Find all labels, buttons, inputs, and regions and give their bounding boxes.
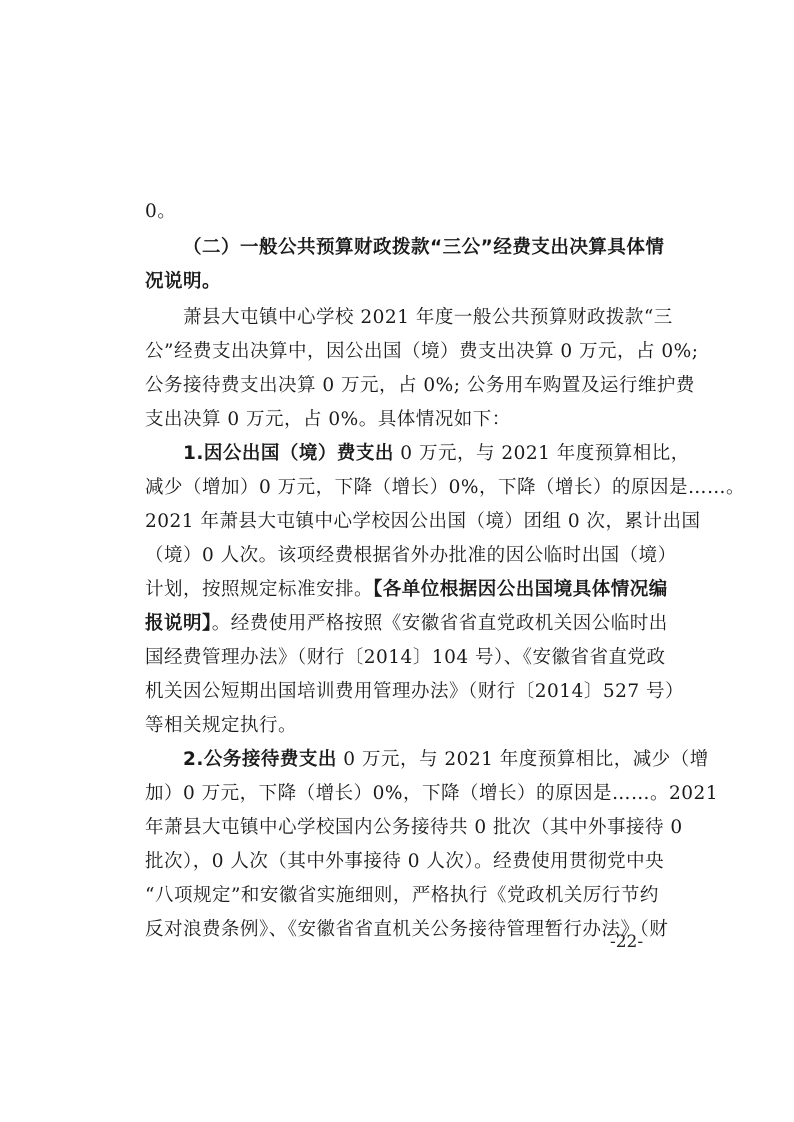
body-text: （境）0 人次。该项经费根据省外办批准的因公临时出国（境） — [145, 545, 677, 566]
body-text: 加）0 万元，下降（增长）0%，下降（增长）的原因是……。2021 — [145, 783, 718, 804]
bold-text: 2.公务接待费支出 — [183, 749, 337, 770]
text-line: 萧县大屯镇中心学校 2021 年度一般公共预算财政拨款“三 — [183, 306, 653, 330]
bold-text: 报说明】 — [145, 613, 212, 634]
text-line: 报说明】。经费使用严格按照《安徽省省直党政机关因公临时出 — [145, 612, 653, 636]
text-line: “八项规定”和安徽省实施细则，严格执行《党政机关厉行节约 — [145, 884, 653, 908]
body-text: 支出决算 0 万元，占 0%。具体情况如下： — [145, 409, 511, 430]
body-text: 反对浪费条例》、《安徽省省直机关公务接待管理暂行办法》（财 — [145, 919, 668, 940]
body-text: “八项规定”和安徽省实施细则，严格执行《党政机关厉行节约 — [145, 885, 659, 906]
text-line: 计划，按照规定标准安排。【各单位根据因公出国境具体情况编 — [145, 578, 653, 602]
bold-text: （二）一般公共预算财政拨款“三公”经费支出决算具体情 — [183, 237, 664, 258]
text-line: 2.公务接待费支出 0 万元，与 2021 年度预算相比，减少（增 — [183, 748, 653, 772]
body-text: 萧县大屯镇中心学校 2021 年度一般公共预算财政拨款“三 — [183, 307, 673, 328]
bold-text: 【各单位根据因公出国境具体情况编 — [373, 579, 668, 600]
bold-text: 况说明。 — [145, 271, 221, 292]
text-line: 加）0 万元，下降（增长）0%，下降（增长）的原因是……。2021 — [145, 782, 653, 806]
text-line: 公”经费支出决算中，因公出国（境）费支出决算 0 万元，占 0%; — [145, 340, 653, 364]
body-text: 国经费管理办法》（财行〔2014〕104 号）、《安徽省省直党政 — [145, 647, 666, 668]
body-text: 机关因公短期出国培训费用管理办法》（财行〔2014〕527 号） — [145, 681, 684, 702]
body-text: 减少（增加）0 万元，下降（增长）0%，下降（增长）的原因是……。 — [145, 477, 745, 498]
body-text: 计划，按照规定标准安排。 — [145, 579, 373, 600]
body-text: 0 万元，与 2021 年度预算相比， — [394, 443, 690, 464]
text-line: 等相关规定执行。 — [145, 714, 653, 738]
text-line: 批次），0 人次（其中外事接待 0 人次）。经费使用贯彻党中央 — [145, 850, 653, 874]
text-line: 反对浪费条例》、《安徽省省直机关公务接待管理暂行办法》（财 — [145, 918, 653, 942]
text-line: 0。 — [145, 200, 653, 224]
body-text: 批次），0 人次（其中外事接待 0 人次）。经费使用贯彻党中央 — [145, 851, 664, 872]
body-text: 2021 年萧县大屯镇中心学校因公出国（境）团组 0 次，累计出国 — [145, 511, 701, 532]
text-line: 支出决算 0 万元，占 0%。具体情况如下： — [145, 408, 653, 432]
text-line: 年萧县大屯镇中心学校国内公务接待共 0 批次（其中外事接待 0 — [145, 816, 653, 840]
body-text: 等相关规定执行。 — [145, 715, 297, 736]
bold-text: 1.因公出国（境）费支出 — [183, 443, 394, 464]
text-line: 减少（增加）0 万元，下降（增长）0%，下降（增长）的原因是……。 — [145, 476, 653, 500]
text-line: （境）0 人次。该项经费根据省外办批准的因公临时出国（境） — [145, 544, 653, 568]
page-number: -22- — [610, 932, 643, 952]
body-text: 。经费使用严格按照《安徽省省直党政机关因公临时出 — [212, 613, 668, 634]
text-line: （二）一般公共预算财政拨款“三公”经费支出决算具体情 — [183, 236, 653, 260]
text-line: 公务接待费支出决算 0 万元，占 0%; 公务用车购置及运行维护费 — [145, 374, 653, 398]
body-text: 公务接待费支出决算 0 万元，占 0%; 公务用车购置及运行维护费 — [145, 375, 695, 396]
document-page: 0。（二）一般公共预算财政拨款“三公”经费支出决算具体情况说明。萧县大屯镇中心学… — [0, 0, 794, 1122]
body-text: 公”经费支出决算中，因公出国（境）费支出决算 0 万元，占 0%; — [145, 341, 698, 362]
text-line: 2021 年萧县大屯镇中心学校因公出国（境）团组 0 次，累计出国 — [145, 510, 653, 534]
text-line: 1.因公出国（境）费支出 0 万元，与 2021 年度预算相比， — [183, 442, 653, 466]
text-line: 国经费管理办法》（财行〔2014〕104 号）、《安徽省省直党政 — [145, 646, 653, 670]
text-line: 况说明。 — [145, 270, 653, 294]
body-text: 0。 — [145, 201, 176, 222]
body-text: 年萧县大屯镇中心学校国内公务接待共 0 批次（其中外事接待 0 — [145, 817, 683, 838]
text-line: 机关因公短期出国培训费用管理办法》（财行〔2014〕527 号） — [145, 680, 653, 704]
body-text: 0 万元，与 2021 年度预算相比，减少（增 — [337, 749, 709, 770]
